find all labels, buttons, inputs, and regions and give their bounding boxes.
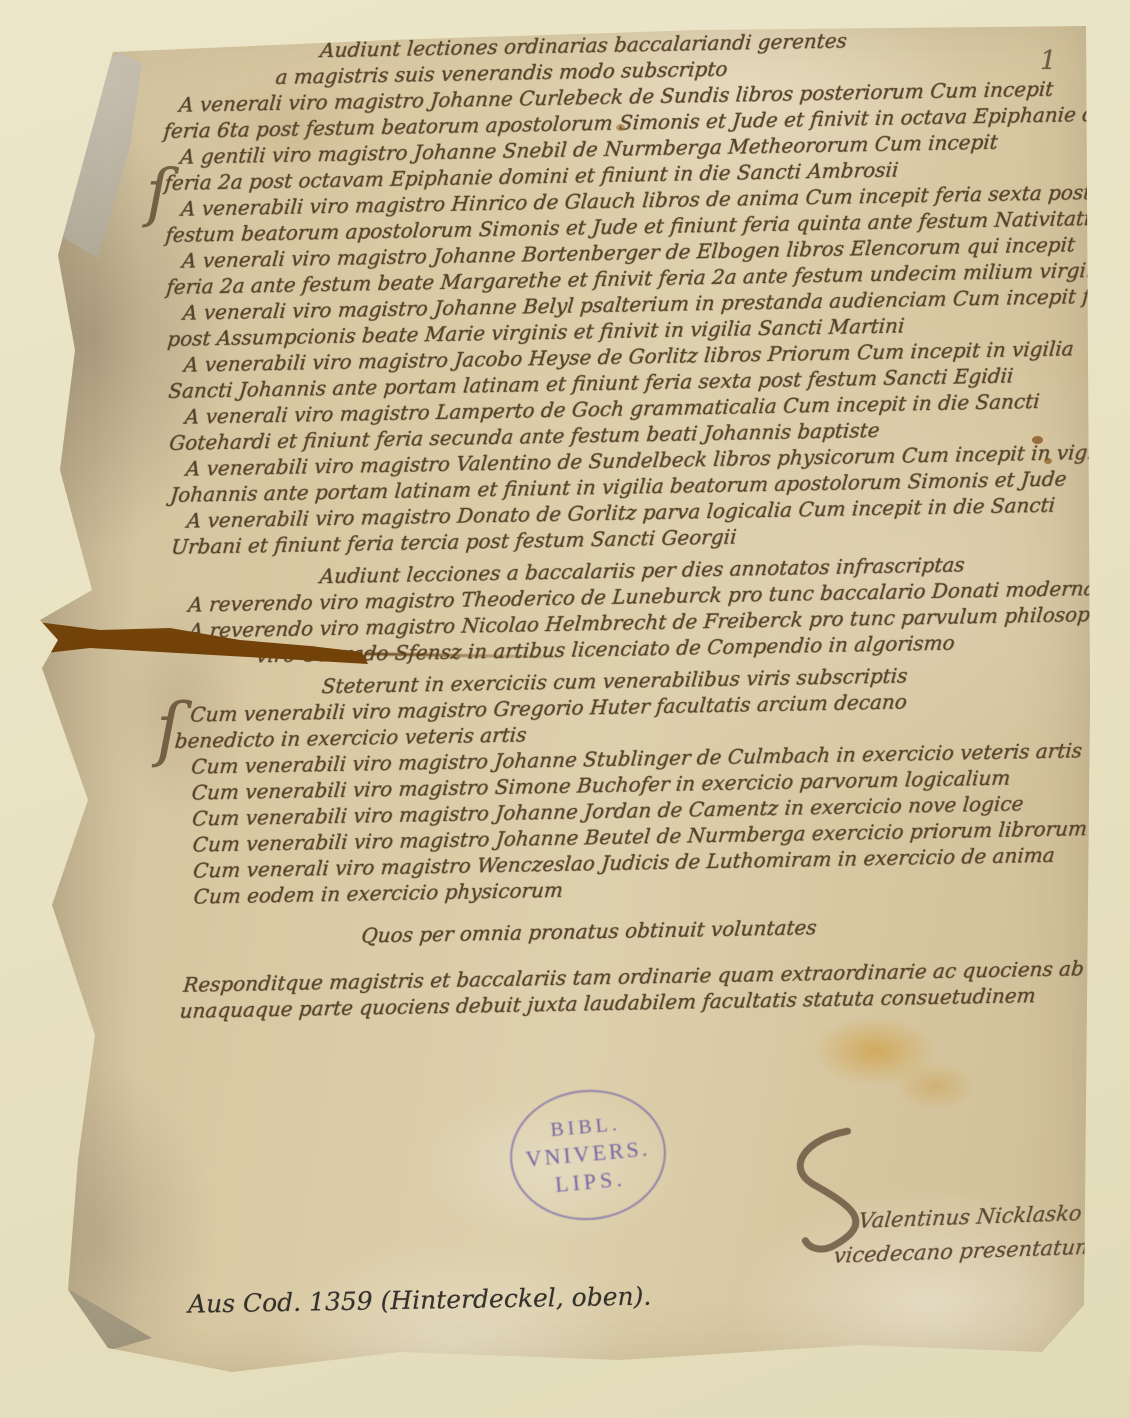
- stamp-text: BIBL.: [549, 1113, 621, 1142]
- owner-inscription: Valentinus Nicklasko de Ansh vicedecano …: [767, 1118, 1112, 1280]
- manuscript-line: Quos per omnia pronatus obtinuit volunta…: [360, 909, 1107, 949]
- archival-note: Aus Cod. 1359 (Hinterdeckel, oben).: [188, 1282, 608, 1318]
- stamp-text: LIPS.: [554, 1165, 627, 1197]
- stamp-text: VNIVERS.: [525, 1135, 652, 1172]
- library-stamp: BIBL. VNIVERS. LIPS.: [505, 1083, 672, 1226]
- photo-backdrop: 1 Audiunt lectiones ordinarias baccalari…: [0, 0, 1130, 1418]
- ink-spot: [1032, 436, 1043, 444]
- manuscript-page: 1 Audiunt lectiones ordinarias baccalari…: [30, 6, 1096, 1378]
- manuscript-text-block: Audiunt lectiones ordinarias baccalarian…: [160, 23, 1108, 1024]
- ink-spot: [616, 124, 625, 131]
- ink-spot: [1044, 458, 1052, 464]
